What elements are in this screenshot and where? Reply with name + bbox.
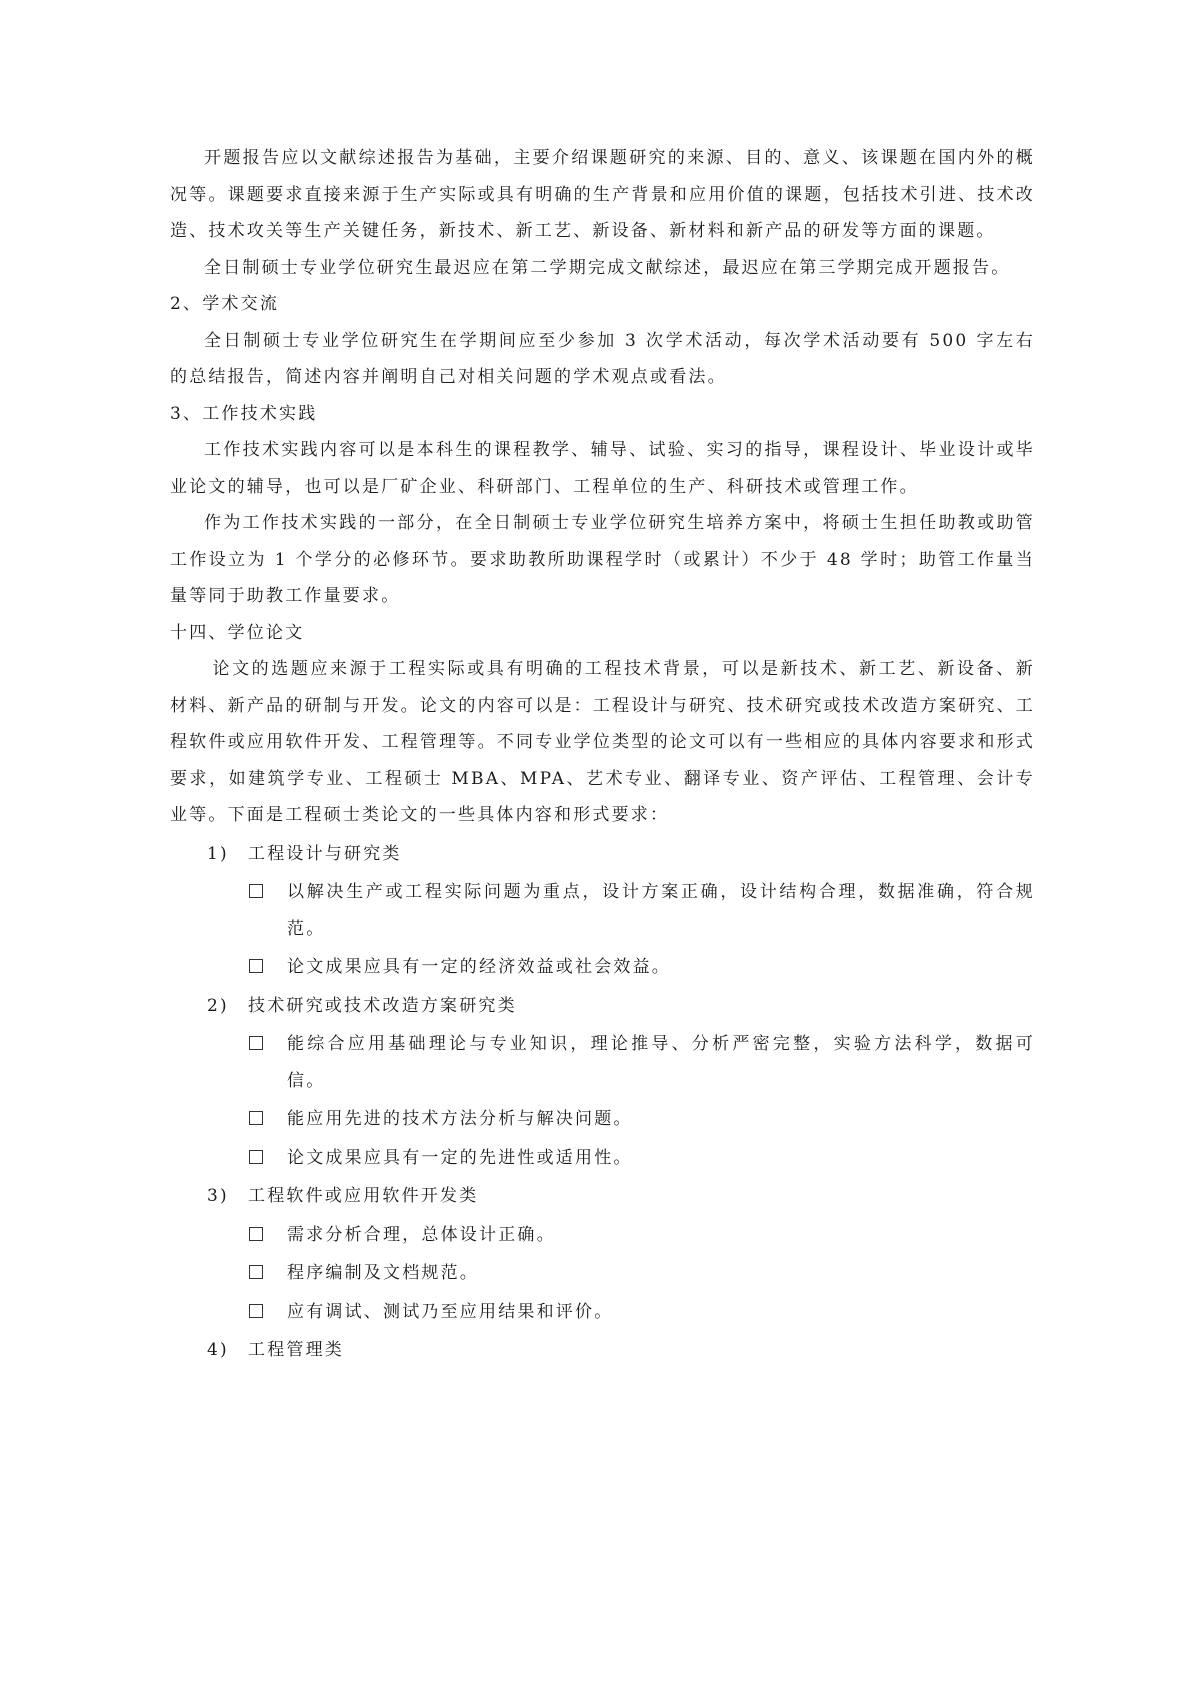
list-item-text: 程序编制及文档规范。 (287, 1263, 479, 1283)
list-title: 3) 工程软件或应用软件开发类 (170, 1178, 1035, 1215)
heading-degree-thesis: 十四、学位论文 (170, 615, 1035, 652)
list-title: 4) 工程管理类 (170, 1332, 1035, 1369)
list-item-text: 论文成果应具有一定的先进性或适用性。 (287, 1148, 633, 1168)
list-title-text: 技术研究或技术改造方案研究类 (248, 996, 517, 1016)
list-item: 以解决生产或工程实际问题为重点，设计方案正确，设计结构合理，数据准确，符合规范。 (170, 874, 1035, 947)
list-item-text: 需求分析合理，总体设计正确。 (287, 1225, 556, 1245)
list-title-text: 工程管理类 (248, 1340, 344, 1360)
list-number: 2) (207, 988, 229, 1025)
list-item: 能综合应用基础理论与专业知识，理论推导、分析严密完整，实验方法科学，数据可信。 (170, 1026, 1035, 1099)
list-item: 程序编制及文档规范。 (170, 1255, 1035, 1292)
list-item-text: 论文成果应具有一定的经济效益或社会效益。 (287, 957, 671, 977)
paragraph-technical-practice: 工作技术实践内容可以是本科生的课程教学、辅导、试验、实习的指导，课程设计、毕业设… (170, 432, 1035, 505)
checkbox-icon (249, 1036, 263, 1050)
paragraph-proposal-deadline: 全日制硕士专业学位研究生最迟应在第二学期完成文献综述，最迟应在第三学期完成开题报… (170, 250, 1035, 287)
checkbox-icon (249, 1304, 263, 1318)
list-title-text: 工程设计与研究类 (248, 844, 402, 864)
checkbox-icon (249, 959, 263, 973)
checkbox-icon (249, 884, 263, 898)
list-title: 2) 技术研究或技术改造方案研究类 (170, 988, 1035, 1025)
thesis-category-3: 3) 工程软件或应用软件开发类 需求分析合理，总体设计正确。 程序编制及文档规范… (170, 1178, 1035, 1330)
paragraph-teaching-assistant: 作为工作技术实践的一部分，在全日制硕士专业学位研究生培养方案中，将硕士生担任助教… (170, 505, 1035, 615)
paragraph-thesis-topic: 论文的选题应来源于工程实际或具有明确的工程技术背景，可以是新技术、新工艺、新设备… (170, 651, 1035, 834)
list-item-text: 以解决生产或工程实际问题为重点，设计方案正确，设计结构合理，数据准确，符合规范。 (287, 882, 1035, 939)
thesis-category-1: 1) 工程设计与研究类 以解决生产或工程实际问题为重点，设计方案正确，设计结构合… (170, 836, 1035, 986)
list-item: 论文成果应具有一定的经济效益或社会效益。 (170, 949, 1035, 986)
thesis-category-2: 2) 技术研究或技术改造方案研究类 能综合应用基础理论与专业知识，理论推导、分析… (170, 988, 1035, 1177)
list-title-text: 工程软件或应用软件开发类 (248, 1186, 478, 1206)
list-item: 论文成果应具有一定的先进性或适用性。 (170, 1140, 1035, 1177)
paragraph-academic-exchange: 全日制硕士专业学位研究生在学期间应至少参加 3 次学术活动，每次学术活动要有 5… (170, 323, 1035, 396)
thesis-category-4: 4) 工程管理类 (170, 1332, 1035, 1369)
list-title: 1) 工程设计与研究类 (170, 836, 1035, 873)
document-page: 开题报告应以文献综述报告为基础，主要介绍课题研究的来源、目的、意义、该课题在国内… (170, 140, 1035, 1371)
checkbox-icon (249, 1111, 263, 1125)
list-item-text: 能综合应用基础理论与专业知识，理论推导、分析严密完整，实验方法科学，数据可信。 (287, 1034, 1035, 1091)
list-item: 应有调试、测试乃至应用结果和评价。 (170, 1294, 1035, 1331)
list-item: 能应用先进的技术方法分析与解决问题。 (170, 1101, 1035, 1138)
heading-technical-practice: 3、工作技术实践 (170, 396, 1035, 433)
paragraph-proposal-report: 开题报告应以文献综述报告为基础，主要介绍课题研究的来源、目的、意义、该课题在国内… (170, 140, 1035, 250)
list-item-text: 能应用先进的技术方法分析与解决问题。 (287, 1109, 633, 1129)
checkbox-icon (249, 1227, 263, 1241)
list-item: 需求分析合理，总体设计正确。 (170, 1217, 1035, 1254)
list-number: 4) (207, 1332, 229, 1369)
list-number: 3) (207, 1178, 229, 1215)
list-item-text: 应有调试、测试乃至应用结果和评价。 (287, 1302, 613, 1322)
heading-academic-exchange: 2、学术交流 (170, 286, 1035, 323)
checkbox-icon (249, 1265, 263, 1279)
checkbox-icon (249, 1150, 263, 1164)
list-number: 1) (207, 836, 229, 873)
